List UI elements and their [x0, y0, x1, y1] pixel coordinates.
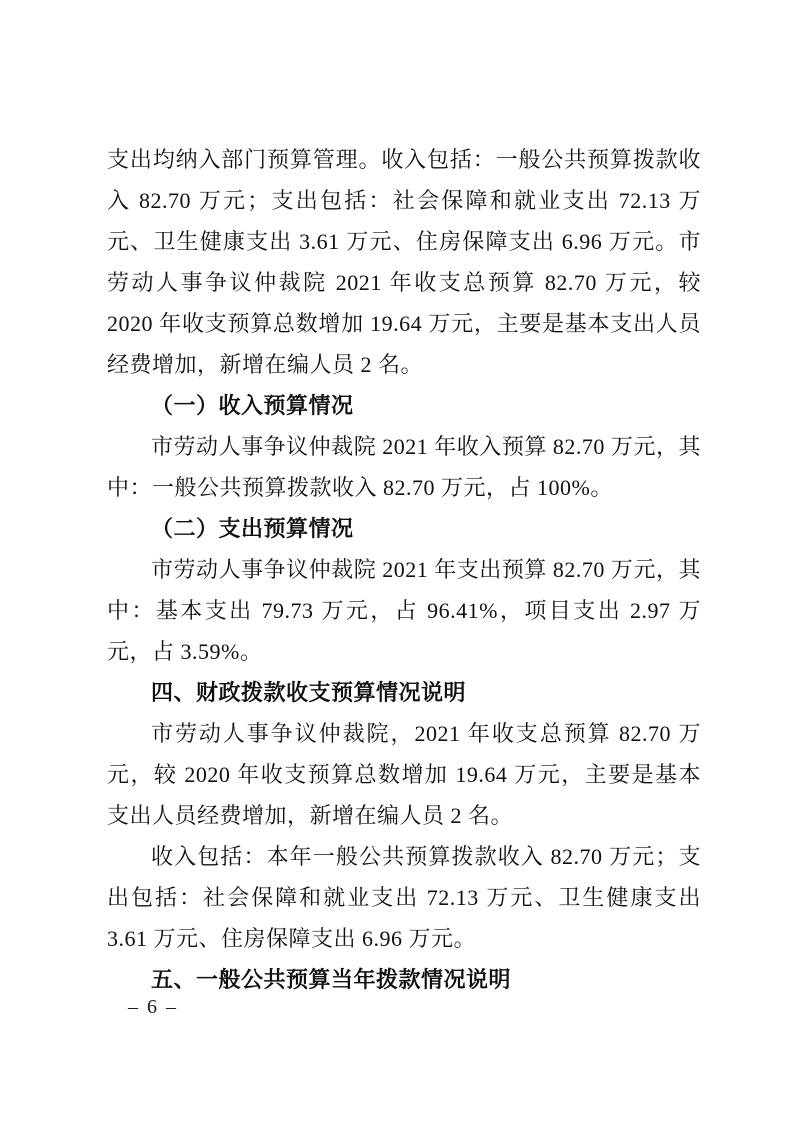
heading-fiscal-appropriation: 四、财政拨款收支预算情况说明	[107, 672, 701, 713]
heading-general-public-budget: 五、一般公共预算当年拨款情况说明	[107, 959, 701, 1000]
subheading-expenditure-budget: （二）支出预算情况	[107, 508, 701, 549]
paragraph-fiscal-appropriation-overview: 市劳动人事争议仲裁院，2021 年收支总预算 82.70 万元，较 2020 年…	[107, 713, 701, 836]
paragraph-fiscal-appropriation-detail: 收入包括：本年一般公共预算拨款收入 82.70 万元；支出包括：社会保障和就业支…	[107, 836, 701, 959]
paragraph-budget-overview: 支出均纳入部门预算管理。收入包括：一般公共预算拨款收入 82.70 万元；支出包…	[107, 139, 701, 385]
paragraph-income-budget: 市劳动人事争议仲裁院 2021 年收入预算 82.70 万元，其中：一般公共预算…	[107, 426, 701, 508]
page-number: – 6 –	[128, 993, 178, 1021]
document-body-text: 支出均纳入部门预算管理。收入包括：一般公共预算拨款收入 82.70 万元；支出包…	[107, 139, 701, 1000]
paragraph-expenditure-budget: 市劳动人事争议仲裁院 2021 年支出预算 82.70 万元，其中：基本支出 7…	[107, 549, 701, 672]
document-page: 支出均纳入部门预算管理。收入包括：一般公共预算拨款收入 82.70 万元；支出包…	[0, 0, 793, 1122]
subheading-income-budget: （一）收入预算情况	[107, 385, 701, 426]
